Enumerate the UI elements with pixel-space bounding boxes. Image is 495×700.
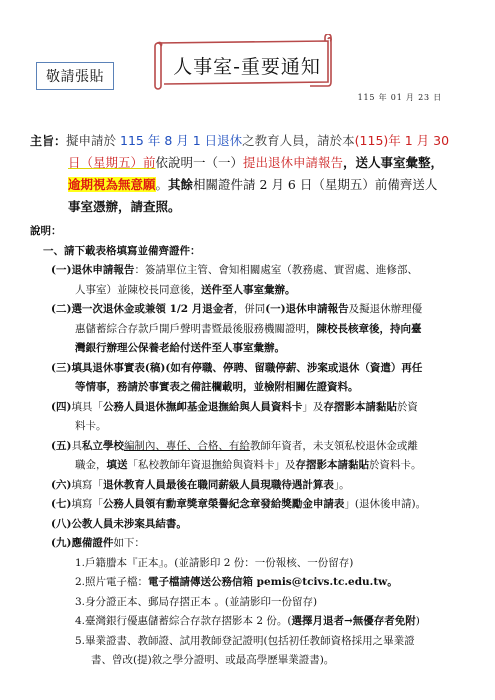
subject-text: 依說明一（一）: [156, 155, 244, 170]
email-address: 電子檔請傳送公務信箱 pemis@tcivs.tc.edu.tw。: [148, 576, 398, 588]
subject-text: 相關證件請 2 月 6 日（星期五）前備齊送人: [193, 177, 437, 192]
item-4: (四)填具「公務人員退休撫卹基金退撫給與人員資料卡」及存摺影本請黏貼於資 料卡。: [30, 398, 480, 437]
item-3: (三)填具退休事實表(稿)(如有停職、停聘、留職停薪、涉案或退休（資遣）再任 等…: [30, 359, 480, 398]
item-7: (七)填寫「公務人員領有勳章獎章榮譽紀念章發給獎勵金申請表」(退休後申請)。: [30, 495, 480, 515]
document-5: 5.畢業證書、教師證、試用教師登記證明(包括初任教師資格採用之畢業證 書、曾改(…: [30, 632, 480, 671]
item-5: (五)具私立學校編制內、專任、合格、有給教師年資者，未支領私校退休金或離 職金，…: [30, 437, 480, 476]
banner-title: 人事室-重要通知: [164, 48, 330, 82]
document-1: 1.戶籍謄本『正本』。(並請影印 2 份：一份報核、一份留存): [30, 554, 480, 574]
explanation-title: 說明：: [30, 222, 480, 242]
subject-text: 事室憑辦，請查照。: [68, 199, 181, 214]
document-4: 4.臺灣銀行優惠儲蓄綜合存款存摺影本 2 份。(選擇月退者→無優存者免附): [30, 612, 480, 632]
document-3: 3.身分證正本、郵局存摺正本 。(並請影印一份留存): [30, 593, 480, 613]
subject-text: 。: [156, 177, 169, 192]
subject-text: 擬申請於: [66, 133, 116, 148]
document-2: 2.照片電子檔：電子檔請傳送公務信箱 pemis@tcivs.tc.edu.tw…: [30, 573, 480, 593]
item-2: (二)選一次退休金或兼領 1/2 月退金者，併同(一)退休申請報告及擬退休辦理優…: [30, 300, 480, 359]
deadline-year: (115)年 1 月 30: [355, 133, 449, 148]
subject-text: ，送人事室彙整，: [343, 155, 443, 170]
submit-report: 提出退休申請報告: [243, 155, 343, 170]
overdue-warning: 逾期視為無意願: [68, 177, 156, 192]
subject-paragraph: 主旨：擬申請於 115 年 8 月 1 日退休之教育人員，請於本(115)年 1…: [30, 130, 472, 218]
explanation-section: 說明： 一、請下載表格填寫並備齊證件： (一)退休申請報告：簽請單位主管、會知相…: [30, 222, 480, 671]
post-notice-box: 敬請張貼: [36, 62, 114, 90]
item-1: (一)退休申請報告：簽請單位主管、會知相關處室（教務處、實習處、進修部、 人事室…: [30, 261, 480, 300]
banner-scroll: 人事室-重要通知: [150, 34, 336, 90]
notice-date: 115 年 01 月 23 日: [358, 92, 442, 103]
item-6: (六)填寫「退休教育人員最後在職同薪級人員現職待遇計算表」。: [30, 476, 480, 496]
section-one-heading: 一、請下載表格填寫並備齊證件：: [30, 242, 480, 262]
item-9: (九)應備證件如下：: [30, 534, 480, 554]
subject-label: 主旨：: [30, 134, 66, 148]
retire-date: 115 年 8 月 1 日退休: [120, 133, 242, 148]
deadline-day: 日（星期五）前: [68, 155, 156, 170]
subject-text: 之教育人員，請於本: [242, 133, 355, 148]
post-notice-label: 敬請張貼: [46, 66, 104, 86]
item-8: (八)公教人員未涉案具結書。: [30, 515, 480, 535]
subject-text: 其餘: [168, 177, 193, 192]
